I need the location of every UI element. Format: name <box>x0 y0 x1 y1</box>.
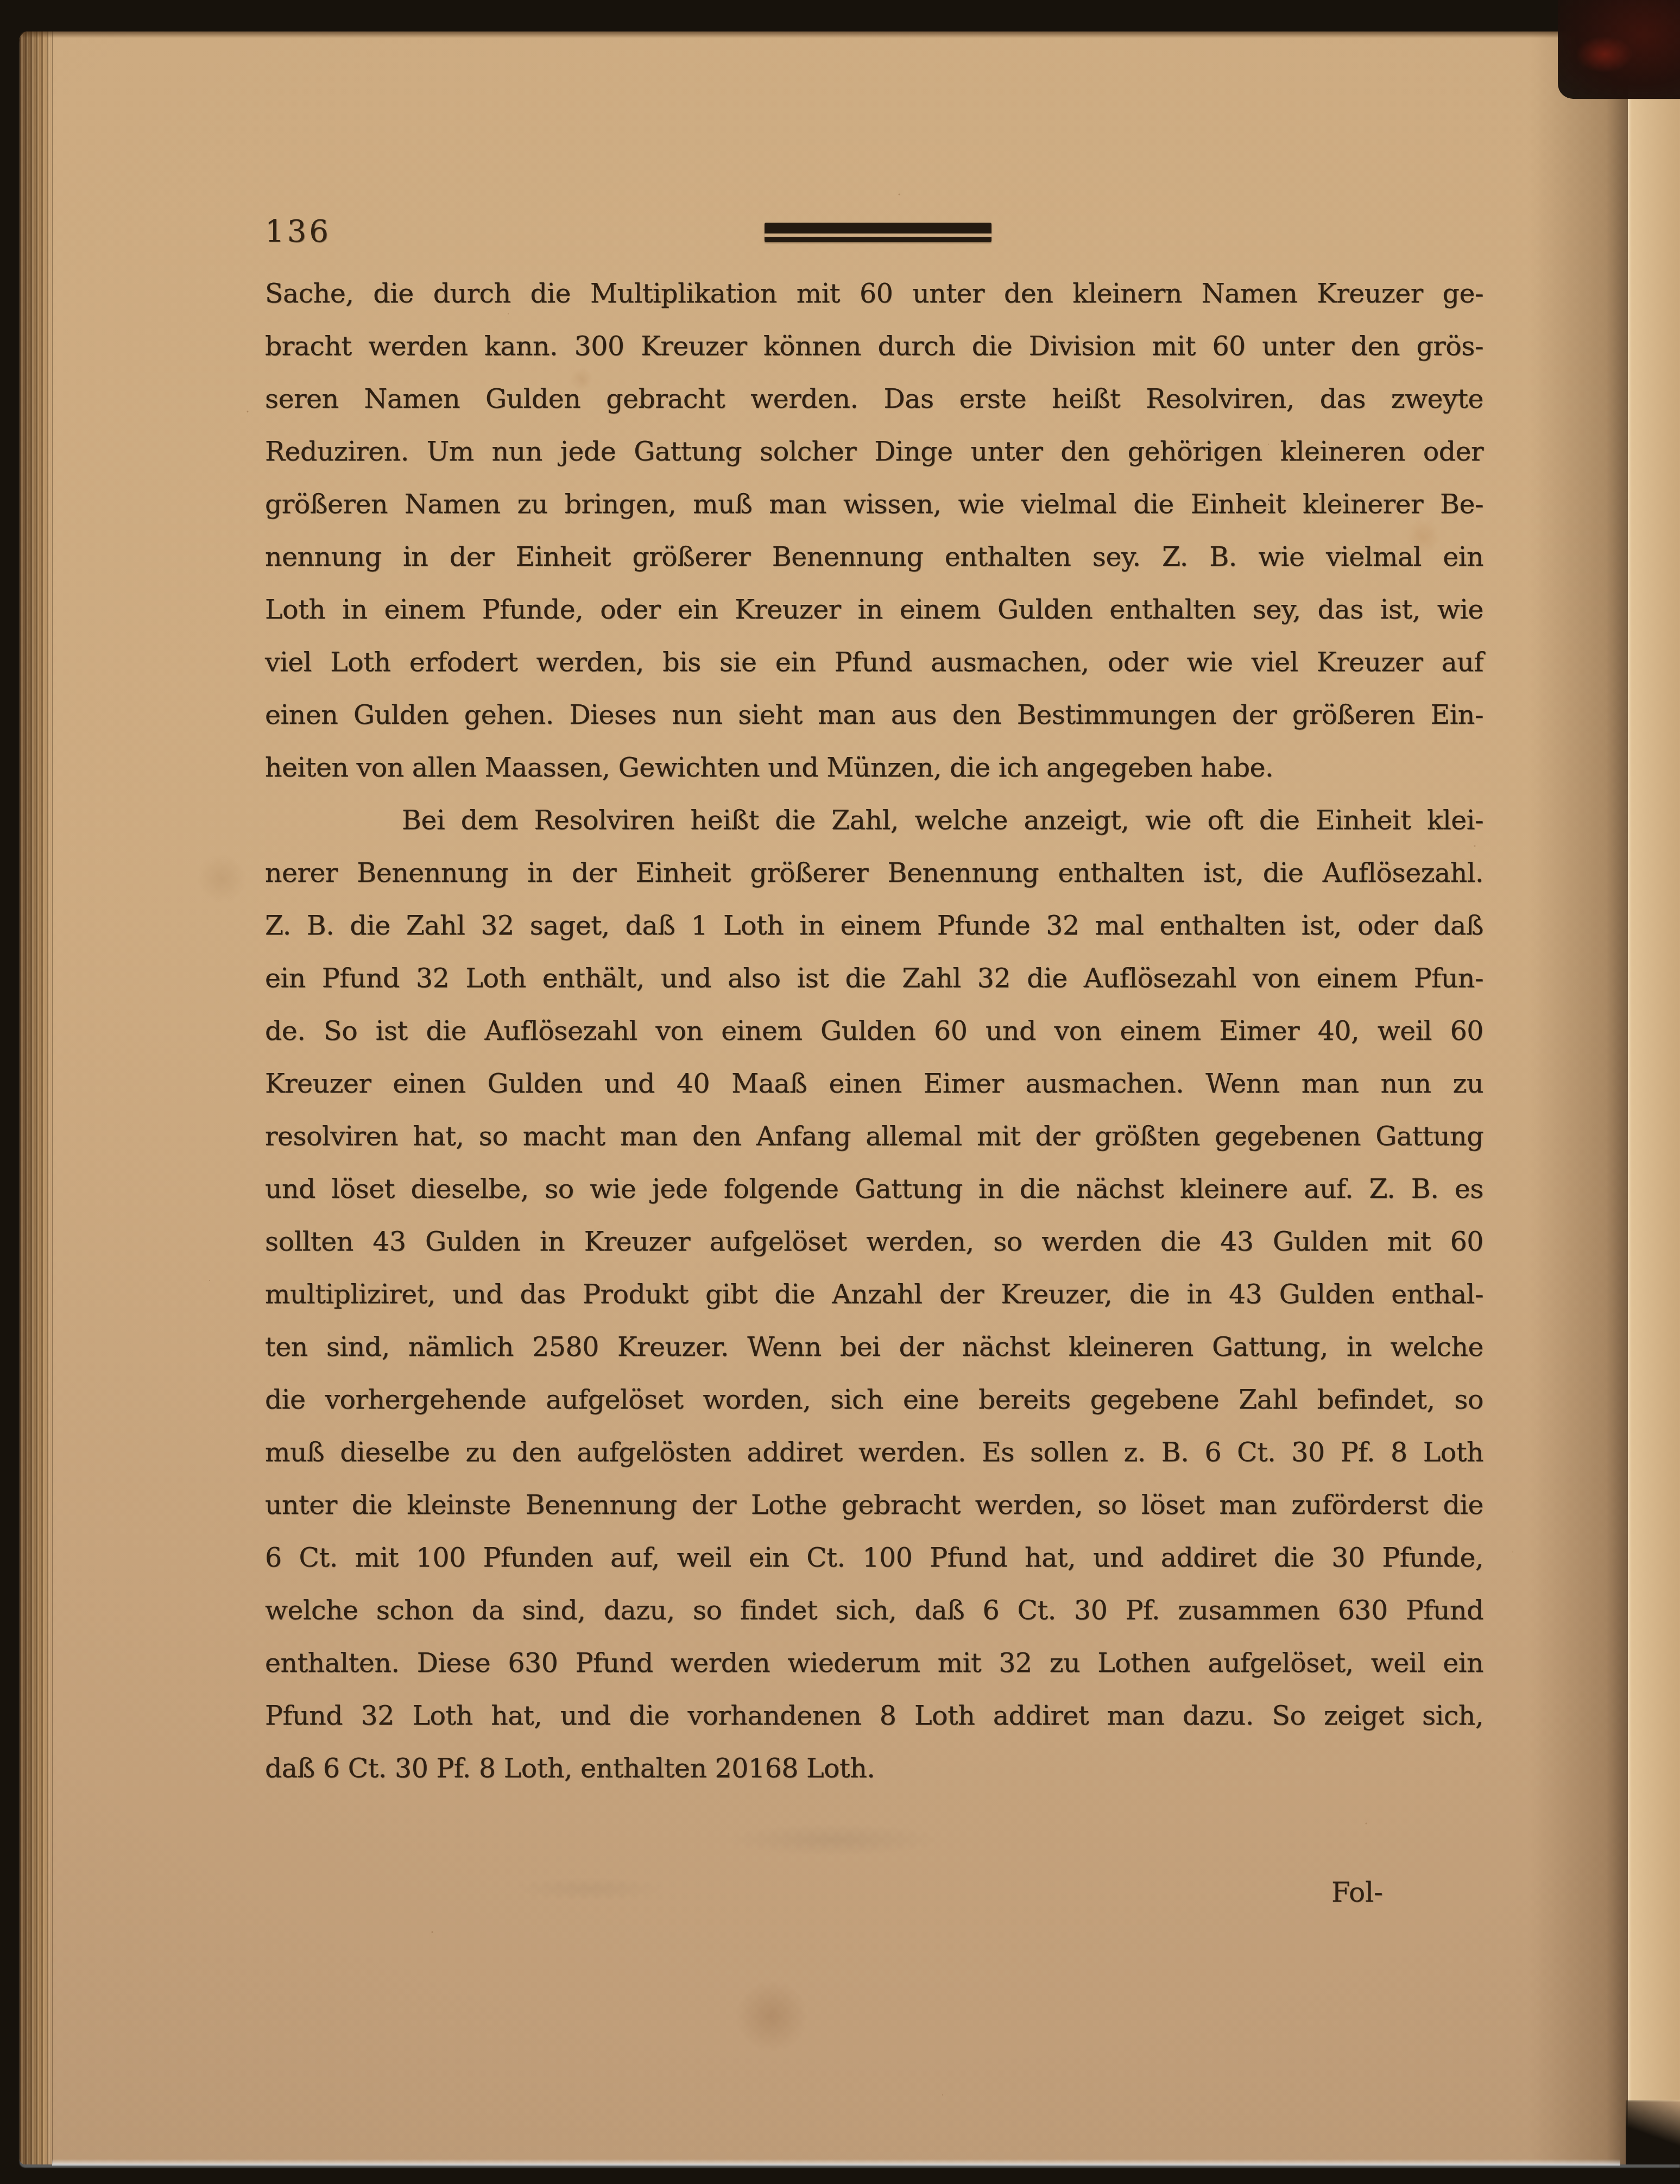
text-line: Bei dem Resolviren heißt die Zahl, welch… <box>265 794 1483 847</box>
text-line: einen Gulden gehen. Dieses nun sieht man… <box>265 689 1483 741</box>
text-line: ein Pfund 32 Loth enthält, und also ist … <box>265 952 1483 1005</box>
text-line: Pfund 32 Loth hat, und die vorhandenen 8… <box>265 1689 1483 1742</box>
bottom-right-shadow <box>1626 2100 1680 2164</box>
facing-page-curl <box>1628 92 1680 2101</box>
book-page-paper: 136 Sache, die durch die Multiplikation … <box>20 31 1680 2164</box>
text-line: enthalten. Diese 630 Pfund werden wieder… <box>265 1637 1483 1689</box>
catchword: Fol- <box>1331 1877 1383 1908</box>
page-number: 136 <box>265 214 331 249</box>
text-line: seren Namen Gulden gebracht werden. Das … <box>265 373 1483 425</box>
text-line: resolviren hat, so macht man den Anfang … <box>265 1110 1483 1163</box>
text-line: sollten 43 Gulden in Kreuzer aufgelöset … <box>265 1215 1483 1268</box>
text-line: nerer Benennung in der Einheit größerer … <box>265 847 1483 899</box>
text-line: welche schon da sind, dazu, so findet si… <box>265 1584 1483 1637</box>
text-line: de. So ist die Auflösezahl von einem Gul… <box>265 1005 1483 1057</box>
scan-background: { "scan": { "background_color": "#17120c… <box>0 0 1680 2184</box>
page-top-edge <box>20 31 1680 38</box>
page-bottom-edge-highlight <box>52 2159 1620 2166</box>
text-line: ten sind, nämlich 2580 Kreuzer. Wenn bei… <box>265 1321 1483 1373</box>
text-line: und löset dieselbe, so wie jede folgende… <box>265 1163 1483 1215</box>
text-line: heiten von allen Maassen, Gewichten und … <box>265 741 1483 794</box>
text-line: Loth in einem Pfunde, oder ein Kreuzer i… <box>265 583 1483 636</box>
text-line: 6 Ct. mit 100 Pfunden auf, weil ein Ct. … <box>265 1531 1483 1584</box>
book-binding-corner <box>1558 0 1680 99</box>
text-line: muß dieselbe zu den aufgelösten addiret … <box>265 1426 1483 1479</box>
text-line: die vorhergehende aufgelöset worden, sic… <box>265 1373 1483 1426</box>
stacked-page-edges <box>20 31 53 2164</box>
text-line: Z. B. die Zahl 32 saget, daß 1 Loth in e… <box>265 899 1483 952</box>
text-line: unter die kleinste Benennung der Lothe g… <box>265 1479 1483 1531</box>
text-line: viel Loth erfodert werden, bis sie ein P… <box>265 636 1483 689</box>
body-text: Sache, die durch die Multiplikation mit … <box>265 267 1483 1795</box>
text-line: multipliziret, und das Produkt gibt die … <box>265 1268 1483 1321</box>
header-rule-ornament <box>765 223 991 242</box>
page-fold-shadow <box>1530 31 1628 2164</box>
text-line: Kreuzer einen Gulden und 40 Maaß einen E… <box>265 1057 1483 1110</box>
text-line: Sache, die durch die Multiplikation mit … <box>265 267 1483 320</box>
text-line: nennung in der Einheit größerer Benennun… <box>265 531 1483 583</box>
text-line: größeren Namen zu bringen, muß man wisse… <box>265 478 1483 531</box>
text-line: bracht werden kann. 300 Kreuzer können d… <box>265 320 1483 373</box>
text-line: daß 6 Ct. 30 Pf. 8 Loth, enthalten 20168… <box>265 1742 1483 1795</box>
text-line: Reduziren. Um nun jede Gattung solcher D… <box>265 425 1483 478</box>
